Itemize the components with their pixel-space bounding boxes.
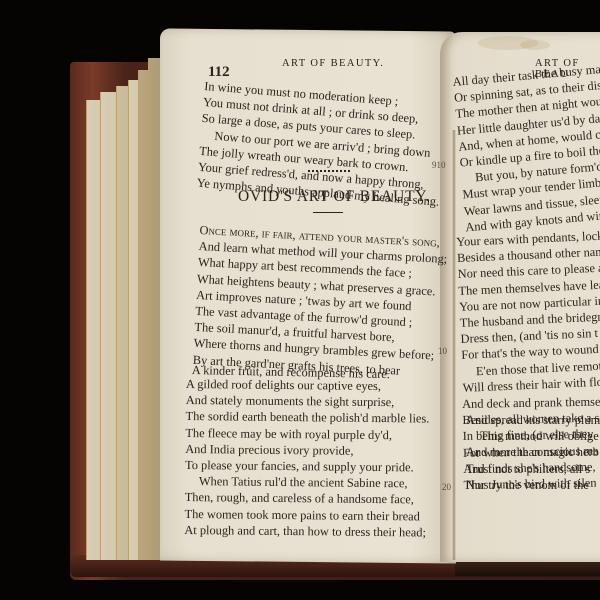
- right-verse-block-top: All day their task the busy matro Or spi…: [452, 60, 600, 236]
- verse-line: And spread his starry plum: [466, 412, 600, 428]
- heading-rule: [313, 212, 343, 213]
- ornament-divider: [308, 170, 350, 175]
- chapter-heading: OVID'S ART OF BEAUTY.: [238, 188, 430, 206]
- right-verse-block-bottom: And spread his starry plum This method w…: [466, 412, 600, 493]
- verse-line: Nor try the venom of the: [466, 477, 600, 493]
- line-number: 20: [442, 482, 451, 492]
- photo-scene: 112 ART OF BEAUTY. In wine you must no m…: [0, 0, 600, 600]
- verse-line: The sordid earth beneath the polish'd ma…: [185, 408, 429, 427]
- verse-block-lower: A gilded roof delights our captive eyes,…: [184, 376, 429, 541]
- right-verse-block-mid: Your ears with pendants, locke Besides a…: [456, 227, 600, 396]
- cover-bottom-right-edge: [455, 560, 600, 576]
- line-number: 10: [438, 346, 447, 356]
- running-head-left: ART OF BEAUTY.: [282, 58, 384, 69]
- verse-line: At plough and cart, than how to dress th…: [184, 522, 428, 541]
- verse-line: Trust not to philters, all s: [466, 461, 600, 477]
- foxing-stain: [520, 40, 550, 50]
- verse-line: This method will oblige: [466, 428, 600, 444]
- verse-line: Then, rough, and careless of a handsome …: [185, 489, 429, 508]
- verse-block-main: Once more, if fair, attend your master's…: [192, 222, 448, 381]
- line-number: 910: [432, 160, 446, 170]
- book-gutter: [452, 130, 456, 560]
- verse-line: And more than magic herb: [466, 444, 600, 460]
